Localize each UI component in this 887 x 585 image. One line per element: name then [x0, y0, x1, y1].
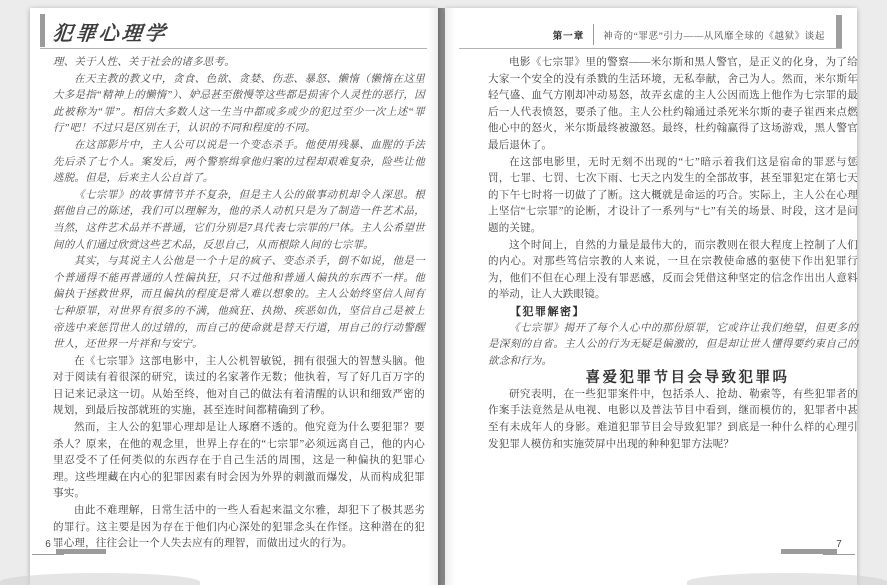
- chapter-header: 第一章 神奇的“罪恶”引力——从风靡全球的《越狱》谈起: [553, 24, 825, 45]
- header-divider: [593, 24, 594, 45]
- body-paragraph: 在这部电影里，无时无刻不出现的“七”暗示着我们这是宿命的罪恶与惩罚，七罪、七罚、…: [488, 155, 858, 238]
- chapter-number: 第一章: [553, 28, 585, 42]
- crime-decrypt-paragraph: 《七宗罪》揭开了每个人心中的那份原罪，它或许让我们绝望，但更多的是深刻的自省。主…: [488, 321, 858, 371]
- page-curl-shadow: [0, 573, 200, 585]
- header-rule: [40, 48, 427, 49]
- right-page-body: 电影《七宗罪》里的警察——米尔斯和黑人警官，是正义的化身，为了给大家一个安全的没…: [488, 55, 858, 453]
- page-left: 犯罪心理学 理、关于人性、关于社会的诸多思考。 在天主教的教义中，贪食、色欲、贪…: [30, 8, 438, 585]
- left-page-body: 理、关于人性、关于社会的诸多思考。 在天主教的教义中，贪食、色欲、贪婪、伤悲、暴…: [53, 55, 425, 553]
- chapter-title: 神奇的“罪恶”引力——从风靡全球的《越狱》谈起: [603, 28, 825, 42]
- book-gutter-shadow: [438, 8, 445, 585]
- footer-bar: [56, 549, 106, 554]
- body-paragraph: 在这部影片中，主人公可以说是一个变态杀手。他使用残暴、血腥的手法先后杀了七个人。…: [53, 138, 425, 188]
- header-accent-bar: [40, 14, 45, 47]
- body-paragraph: 研究表明，在一些犯罪案件中，包括杀人、抢劫、勒索等，有些犯罪者的作案手法竟然是从…: [488, 387, 858, 453]
- body-paragraph: 在《七宗罪》这部电影中，主人公机智敏锐，拥有很强大的智慧头脑。他对于阅读有着很深…: [53, 354, 425, 420]
- body-paragraph: 由此不难理解，日常生活中的一些人看起来温文尔雅，却犯下了极其恶劣的罪行。这主要是…: [53, 503, 425, 553]
- footer-bar: [781, 549, 837, 554]
- body-paragraph: 这个时间上，自然的力量是最伟大的，而宗教则在很大程度上控制了人们的内心。对那些笃…: [488, 238, 858, 304]
- body-paragraph: 其实，与其说主人公他是一个十足的疯子、变态杀手，倒不如说，他是一个普通得不能再普…: [53, 254, 425, 354]
- page-right: 第一章 神奇的“罪恶”引力——从风靡全球的《越狱》谈起 电影《七宗罪》里的警察—…: [445, 8, 857, 585]
- header-rule: [459, 48, 842, 49]
- book-spread: 犯罪心理学 理、关于人性、关于社会的诸多思考。 在天主教的教义中，贪食、色欲、贪…: [0, 0, 887, 585]
- body-paragraph: 《七宗罪》的故事情节并不复杂，但是主人公的做事动机却令人深思。根据他自己的陈述，…: [53, 188, 425, 254]
- body-paragraph: 电影《七宗罪》里的警察——米尔斯和黑人警官，是正义的化身，为了给大家一个安全的没…: [488, 55, 858, 155]
- book-title-logo: 犯罪心理学: [51, 17, 169, 46]
- page-curl-shadow: [687, 573, 887, 585]
- header-accent-bar: [836, 15, 842, 48]
- body-paragraph: 理、关于人性、关于社会的诸多思考。: [53, 55, 425, 72]
- body-paragraph: 在天主教的教义中，贪食、色欲、贪婪、伤悲、暴怒、懒惰（懒惰在这里大多是指“精神上…: [53, 72, 425, 138]
- body-paragraph: 然而，主人公的犯罪心理却是让人琢磨不透的。他究竟为什么要犯罪？要杀人？原来，在他…: [53, 420, 425, 503]
- crime-decrypt-heading: 【犯罪解密】: [488, 304, 858, 321]
- section-title: 喜爱犯罪节目会导致犯罪吗: [488, 370, 858, 387]
